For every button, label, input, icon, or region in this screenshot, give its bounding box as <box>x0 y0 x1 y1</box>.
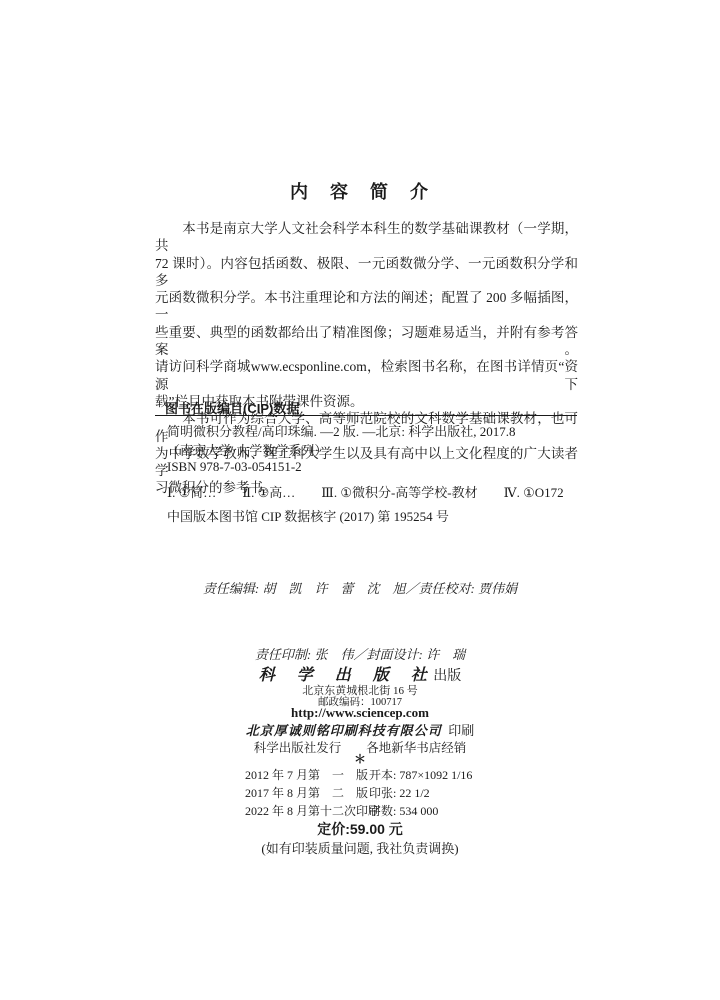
printer-suffix: 印刷 <box>442 723 475 738</box>
cip-divider-rule <box>155 415 577 416</box>
intro-line: 请访问科学商城www.ecsponline.com，检索图书名称，在图书详情页“… <box>155 358 578 393</box>
edition-date: 2017 年 8 月第 二 版 <box>245 784 369 802</box>
printer-line: 北京厚诚则铭印刷科技有限公司 印刷 <box>0 720 720 739</box>
edition-row: 2017 年 8 月第 二 版 印张: 22 1/2 <box>245 784 497 802</box>
staff-editors-line: 责任编辑: 胡 凯 许 蕾 沈 旭／责任校对: 贾伟娟 <box>0 578 720 600</box>
edition-row: 2022 年 8 月第十二次印刷 字数: 534 000 <box>245 802 497 820</box>
edition-wordcount: 字数: 534 000 <box>369 802 497 820</box>
intro-line: 72 课时）。内容包括函数、极限、一元函数微分学、一元函数积分学和多 <box>155 255 578 290</box>
edition-sheets: 印张: 22 1/2 <box>369 784 497 802</box>
edition-table: 2012 年 7 月第 一 版 开本: 787×1092 1/16 2017 年… <box>245 766 497 820</box>
edition-format: 开本: 787×1092 1/16 <box>369 766 497 784</box>
cip-isbn-line: ISBN 978-7-03-054151-2 <box>167 459 302 475</box>
intro-line: 些重要、典型的函数都给出了精准图像；习题难易适当，并附有参考答案。 <box>155 324 578 359</box>
cip-series-line: （南京大学·大学数学系列） <box>167 440 327 459</box>
book-copyright-page: { "title": "内 容 简 介", "intro": { "lines"… <box>0 0 720 1000</box>
edition-date: 2012 年 7 月第 一 版 <box>245 766 369 784</box>
page-title: 内 容 简 介 <box>0 178 720 204</box>
intro-line: 本书是南京大学人文社会科学本科生的数学基础课教材（一学期，共 <box>155 220 578 255</box>
intro-line: 元函数微积分学。本书注重理论和方法的阐述；配置了 200 多幅插图，一 <box>155 289 578 324</box>
printer-name-script: 北京厚诚则铭印刷科技有限公司 <box>246 723 442 738</box>
cip-registry-line: 中国版本图书馆 CIP 数据核字 (2017) 第 195254 号 <box>167 506 449 525</box>
edition-date: 2022 年 8 月第十二次印刷 <box>245 802 369 820</box>
quality-note: (如有印装质量问题, 我社负责调换) <box>0 838 720 857</box>
edition-row: 2012 年 7 月第 一 版 开本: 787×1092 1/16 <box>245 766 497 784</box>
price-line: 定价:59.00 元 <box>0 819 720 839</box>
separator-asterisk: ＊ <box>0 750 720 767</box>
cip-title-line: 简明微积分教程/高印珠编. —2 版. —北京: 科学出版社, 2017.8 <box>167 421 515 440</box>
publisher-website: http://www.sciencep.com <box>0 705 720 721</box>
cip-classification-line: Ⅰ. ①简… Ⅱ. ①高… Ⅲ. ①微积分-高等学校-教材 Ⅳ. ①O172 <box>167 482 564 501</box>
